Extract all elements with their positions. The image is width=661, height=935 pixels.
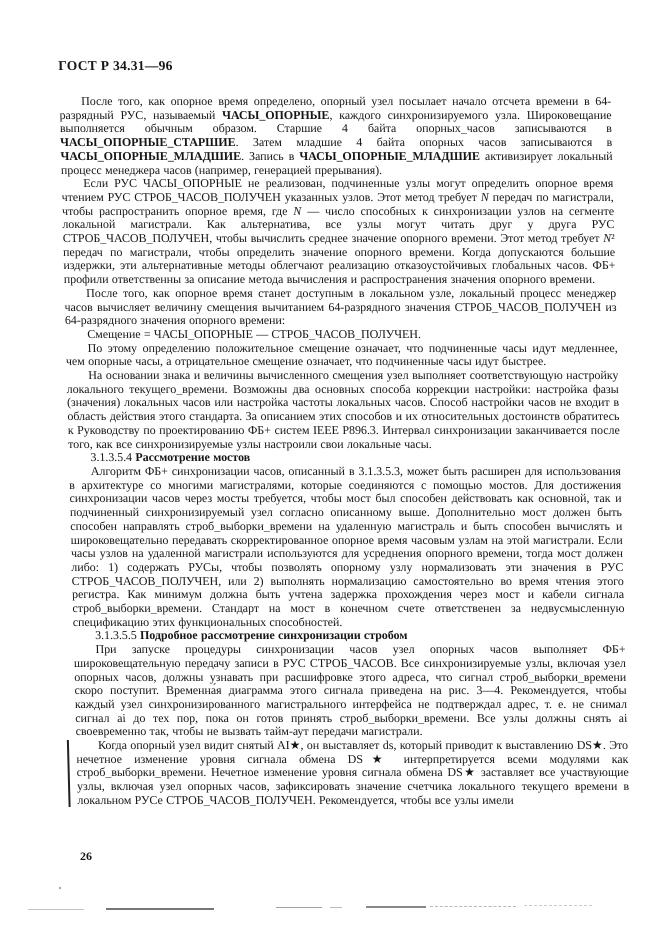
scan-artifact-line [524, 905, 592, 906]
paragraph: На основании знака и величины вычисленно… [66, 369, 620, 451]
text-run: По этому определению положительное смеще… [66, 341, 618, 369]
paragraph: Если РУС ЧАСЫ_ОПОРНЫЕ не реализован, под… [61, 177, 616, 287]
page-number: 26 [80, 849, 92, 864]
scan-artifact-speck [59, 887, 61, 889]
paragraph: После того, как опорное время станет дос… [64, 287, 617, 328]
document-page: ГОСТ Р 34.31—96 После того, как опорное … [0, 0, 661, 935]
scan-artifact-line [430, 906, 516, 907]
scan-artifact-line [330, 907, 342, 908]
paragraph: По этому определению положительное смеще… [65, 342, 618, 369]
text-run: . Затем младшие 4 байта опорных часов за… [235, 135, 612, 149]
text-run: После того, как опорное время станет дос… [64, 286, 616, 327]
scan-artifact-line [106, 908, 214, 910]
text-run: Алгоритм ФБ+ синхронизации часов, описан… [69, 464, 625, 629]
text-run: При запуске процедуры синхронизации часо… [74, 642, 628, 738]
text-run: ЧАСЫ_ОПОРНЫЕ_МЛАДШИЕ [299, 149, 480, 163]
page-content: ГОСТ Р 34.31—96 После того, как опорное … [58, 58, 630, 808]
text-run: Когда опорный узел видит снятый AI★, он … [76, 738, 629, 807]
text-run: 3.1.3.5.4 [90, 450, 135, 464]
text-run: Подробное рассмотрение синхронизации стр… [140, 628, 408, 642]
text-run: Рассмотрение мостов [135, 450, 250, 464]
text-run: На основании знака и величины вычисленно… [66, 368, 619, 451]
text-run: 3.1.3.5.5 [95, 628, 140, 642]
text-run: ЧАСЫ_ОПОРНЫЕ [222, 108, 330, 122]
section-heading: 3.1.3.5.4 Рассмотрение мостов [68, 451, 620, 465]
page-body: После того, как опорное время определено… [59, 95, 630, 808]
paragraph: При запуске процедуры синхронизации часо… [73, 643, 628, 739]
section-heading: 3.1.3.5.5 Подробное рассмотрение синхрон… [73, 629, 625, 643]
paragraph: Алгоритм ФБ+ синхронизации часов, описан… [69, 465, 625, 629]
scan-artifact-line [28, 909, 84, 910]
text-run: Смещение = ЧАСЫ_ОПОРНЫЕ — СТРОБ_ЧАСОВ_ПО… [87, 327, 421, 341]
text-run: ЧАСЫ_ОПОРНЫЕ_МЛАДШИЕ [60, 149, 241, 163]
formula-line: Смещение = ЧАСЫ_ОПОРНЫЕ — СТРОБ_ЧАСОВ_ПО… [65, 328, 617, 342]
standard-code-header: ГОСТ Р 34.31—96 [58, 58, 610, 74]
scan-artifact-line [366, 906, 426, 908]
text-run: ЧАСЫ_ОПОРНЫЕ_СТАРШИЕ [60, 135, 236, 149]
text-run: . Запись в [241, 149, 300, 163]
scan-artifact-line [276, 907, 322, 908]
paragraph-with-change-bar: Когда опорный узел видит снятый AI★, он … [76, 739, 630, 808]
paragraph: После того, как опорное время определено… [59, 95, 613, 177]
